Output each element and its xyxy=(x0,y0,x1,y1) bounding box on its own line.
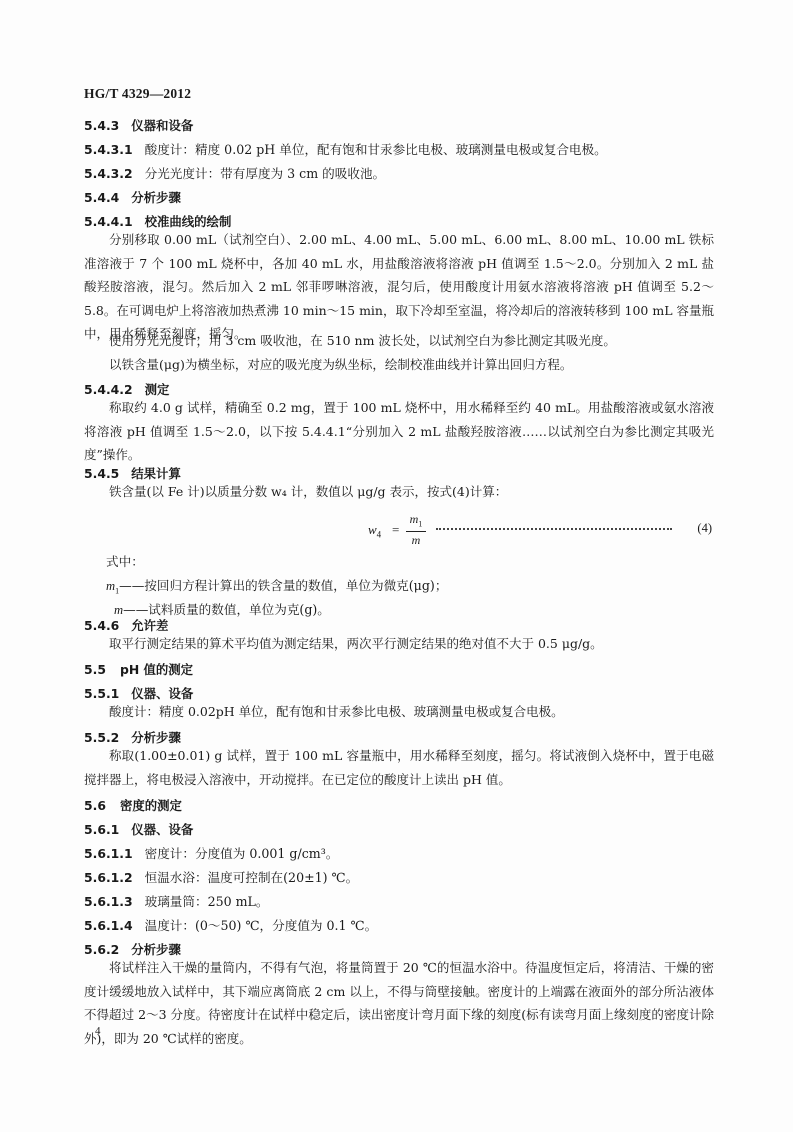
clause-5-4-3-2: 5.4.3.2分光光度计：带有厚度为 3 cm 的吸收池。 xyxy=(84,168,385,181)
heading-5-5: 5.5pH 值的测定 xyxy=(84,664,193,676)
heading-5-4-4-2: 5.4.4.2测定 xyxy=(84,384,169,396)
paragraph-result-intro: 铁含量(以 Fe 计)以质量分数 w₄ 计，数值以 μg/g 表示，按式(4)计… xyxy=(84,480,714,504)
page-number: 4 xyxy=(95,1025,101,1037)
formula-lhs: w4 xyxy=(368,522,381,540)
heading-5-5-1: 5.5.1仪器、设备 xyxy=(84,688,193,700)
paragraph-ph-instrument: 酸度计：精度 0.02pH 单位，配有饱和甘汞参比电极、玻璃测量电极或复合电极。 xyxy=(84,700,714,724)
paragraph-calibration-procedure: 分别移取 0.00 mL（试剂空白）、2.00 mL、4.00 mL、5.00 … xyxy=(84,228,714,346)
paragraph-calibration-curve: 以铁含量(μg)为横坐标，对应的吸光度为纵坐标，绘制校准曲线并计算出回归方程。 xyxy=(84,353,714,377)
document-page: HG/T 4329—2012 5.4.3仪器和设备 5.4.3.1酸度计：精度 … xyxy=(0,0,793,1132)
clause-5-6-1-2: 5.6.1.2恒温水浴：温度可控制在(20±1) ℃。 xyxy=(84,872,358,885)
variable-definition-m1: m1——按回归方程计算出的铁含量的数值，单位为微克(μg)； xyxy=(106,580,447,596)
heading-5-4-3: 5.4.3仪器和设备 xyxy=(84,120,193,132)
leader-dots xyxy=(436,520,672,530)
paragraph-absorbance-measure: 使用分光光度计，用 3 cm 吸收池，在 510 nm 波长处，以试剂空白为参比… xyxy=(84,329,714,353)
variable-definition-m: m——试料质量的数值，单位为克(g)。 xyxy=(114,604,330,617)
heading-5-5-2: 5.5.2分析步骤 xyxy=(84,732,181,744)
clause-5-6-1-4: 5.6.1.4温度计：(0～50) ℃，分度值为 0.1 ℃。 xyxy=(84,920,377,933)
formula-fraction: m1 m xyxy=(406,512,426,548)
paragraph-tolerance: 取平行测定结果的算术平均值为测定结果，两次平行测定结果的绝对值不大于 0.5 μ… xyxy=(84,632,714,656)
standard-code: HG/T 4329—2012 xyxy=(84,86,191,102)
formula-4: w4 = m1 m (4) xyxy=(368,512,712,546)
heading-5-4-4-1: 5.4.4.1校准曲线的绘制 xyxy=(84,216,231,228)
where-label: 式中： xyxy=(106,556,144,569)
equation-number: (4) xyxy=(697,521,712,536)
heading-5-6-2: 5.6.2分析步骤 xyxy=(84,944,181,956)
heading-5-4-5: 5.4.5结果计算 xyxy=(84,468,181,480)
heading-5-4-6: 5.4.6允许差 xyxy=(84,620,168,632)
paragraph-density-procedure: 将试样注入干燥的量筒内，不得有气泡，将量筒置于 20 ℃的恒温水浴中。待温度恒定… xyxy=(84,956,714,1050)
clause-5-6-1-1: 5.6.1.1密度计：分度值为 0.001 g/cm³。 xyxy=(84,848,338,861)
clause-5-4-3-1: 5.4.3.1酸度计：精度 0.02 pH 单位，配有饱和甘汞参比电极、玻璃测量… xyxy=(84,144,607,157)
paragraph-ph-procedure: 称取(1.00±0.01) g 试样，置于 100 mL 容量瓶中，用水稀释至刻… xyxy=(84,744,714,791)
clause-5-6-1-3: 5.6.1.3玻璃量筒：250 mL。 xyxy=(84,896,269,909)
paragraph-determination: 称取约 4.0 g 试样，精确至 0.2 mg，置于 100 mL 烧杯中，用水… xyxy=(84,396,714,467)
heading-5-6: 5.6密度的测定 xyxy=(84,800,182,812)
heading-5-4-4: 5.4.4分析步骤 xyxy=(84,192,181,204)
heading-5-6-1: 5.6.1仪器、设备 xyxy=(84,824,193,836)
